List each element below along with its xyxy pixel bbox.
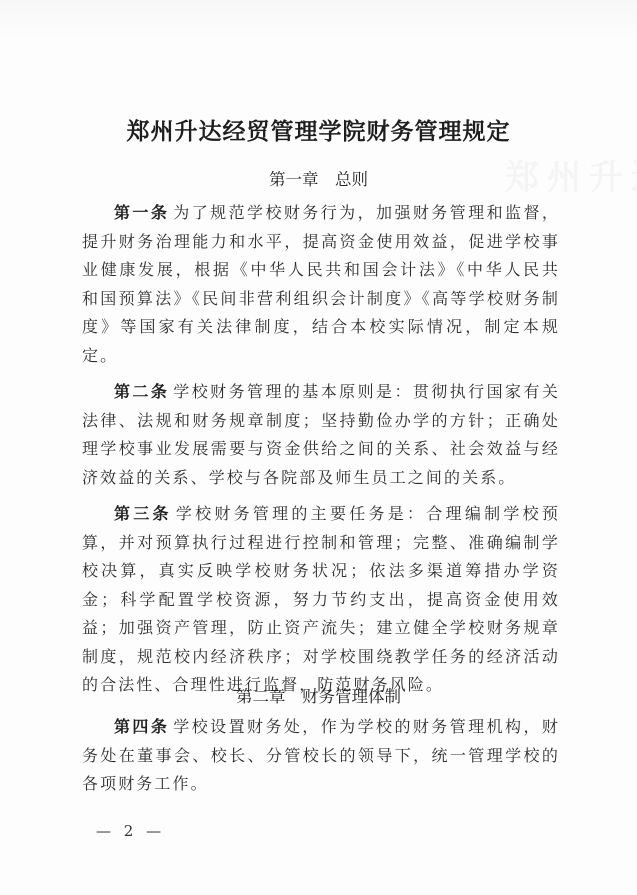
page-number: — 2 —	[96, 822, 165, 840]
chapter-2-body: 第四条学校设置财务处，作为学校的财务管理机构，财务处在董事会、校长、分管校长的领…	[82, 713, 560, 799]
article-label: 第四条	[114, 717, 169, 736]
article-label: 第一条	[114, 203, 169, 222]
article-paragraph: 第一条为了规范学校财务行为，加强财务管理和监督，提升财务治理能力和水平，提高资金…	[82, 199, 560, 370]
article-label: 第三条	[114, 504, 172, 523]
document-title: 郑州升达经贸管理学院财务管理规定	[0, 113, 637, 146]
article-text: 学校财务管理的主要任务是：合理编制学校预算，并对预算执行过程进行控制和管理；完整…	[82, 504, 560, 694]
article-paragraph: 第三条学校财务管理的主要任务是：合理编制学校预算，并对预算执行过程进行控制和管理…	[82, 500, 560, 700]
chapter-1-body: 第一条为了规范学校财务行为，加强财务管理和监督，提升财务治理能力和水平，提高资金…	[82, 199, 560, 700]
chapter-heading: 第一章 总则	[0, 166, 637, 190]
article-paragraph: 第四条学校设置财务处，作为学校的财务管理机构，财务处在董事会、校长、分管校长的领…	[82, 713, 560, 799]
document-page: 郑州升达经贸管理学院文件 郑州升达经贸管理学院财务管理规定 第一章 总则 第一条…	[0, 0, 637, 895]
article-text: 为了规范学校财务行为，加强财务管理和监督，提升财务治理能力和水平，提高资金使用效…	[82, 203, 560, 365]
article-label: 第二条	[114, 382, 169, 401]
chapter-heading: 第二章 财务管理体制	[0, 683, 637, 707]
article-paragraph: 第二条学校财务管理的基本原则是：贯彻执行国家有关法律、法规和财务规章制度；坚持勤…	[82, 378, 560, 492]
